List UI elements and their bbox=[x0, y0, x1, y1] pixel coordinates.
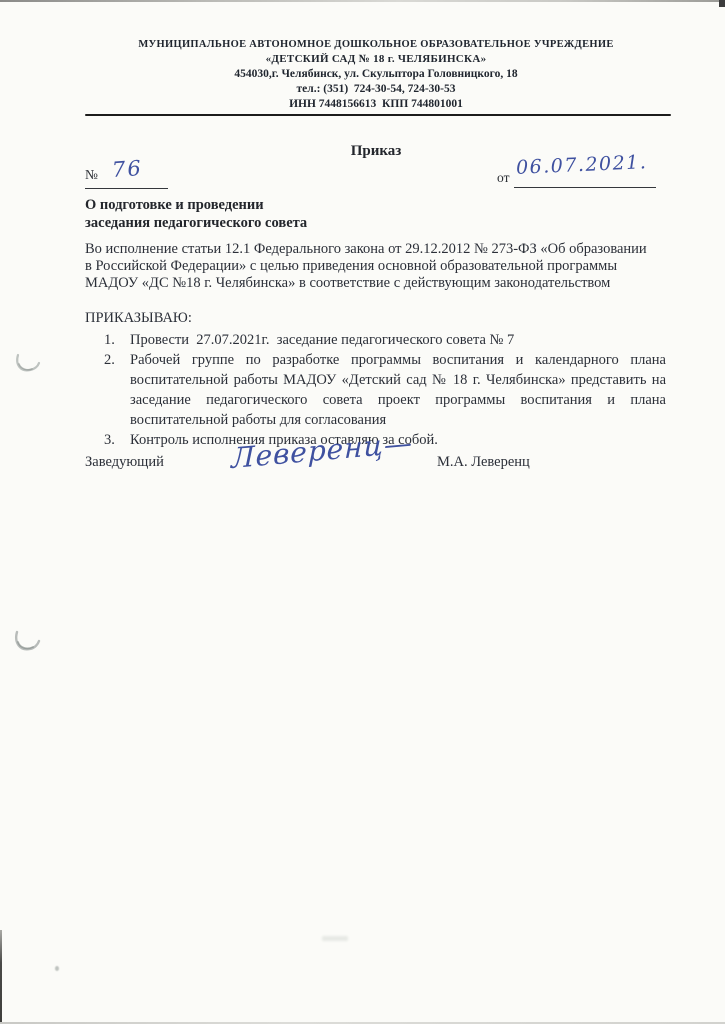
order-number-label: № bbox=[85, 167, 98, 182]
signature-position-title: Заведующий bbox=[85, 454, 164, 471]
order-subject-line-1: О подготовке и проведении bbox=[85, 197, 307, 215]
item-body: Рабочей группе по разработке программы в… bbox=[130, 350, 666, 430]
order-preamble: Во исполнение статьи 12.1 Федерального з… bbox=[85, 241, 669, 293]
scan-corner-mark bbox=[719, 0, 725, 7]
scan-smudge bbox=[322, 936, 348, 941]
punch-hole-shadow bbox=[14, 352, 42, 378]
preamble-line-3: МАДОУ «ДС №18 г. Челябинска» в соответст… bbox=[85, 275, 669, 292]
order-number-field: № 76 bbox=[85, 167, 168, 189]
item-number: 3. bbox=[104, 430, 130, 450]
item-number: 1. bbox=[104, 330, 130, 350]
scan-speck bbox=[55, 966, 59, 971]
scan-edge-top bbox=[0, 0, 725, 2]
preamble-line-2: в Российской Федерации» с целью приведен… bbox=[85, 258, 669, 275]
order-date-handwritten-value: 06.07.2021. bbox=[516, 151, 648, 179]
letterhead: МУНИЦИПАЛЬНОЕ АВТОНОМНОЕ ДОШКОЛЬНОЕ ОБРА… bbox=[85, 37, 667, 112]
order-item: 2. Рабочей группе по разработке программ… bbox=[85, 350, 666, 430]
order-date-label: от bbox=[497, 170, 509, 188]
order-subject: О подготовке и проведении заседания педа… bbox=[85, 197, 307, 232]
signature-block: Заведующий Леверенц— М.А. Леверенц bbox=[85, 452, 667, 502]
item-line: Провести 27.07.2021г. заседание педагоги… bbox=[130, 332, 514, 348]
item-body: Провести 27.07.2021г. заседание педагоги… bbox=[130, 330, 666, 350]
letterhead-phone: тел.: (351) 724-30-54, 724-30-53 bbox=[85, 82, 667, 97]
order-date-underline: 06.07.2021. bbox=[514, 166, 656, 188]
directive-label: ПРИКАЗЫВАЮ: bbox=[85, 310, 192, 327]
letterhead-divider-rule bbox=[85, 114, 671, 116]
scan-edge-left bbox=[0, 930, 2, 1024]
letterhead-organization: МУНИЦИПАЛЬНОЕ АВТОНОМНОЕ ДОШКОЛЬНОЕ ОБРА… bbox=[85, 37, 667, 52]
order-item: 1. Провести 27.07.2021г. заседание педаг… bbox=[85, 330, 666, 350]
punch-hole-shadow bbox=[12, 628, 42, 658]
item-line: заседание педагогического совета проект … bbox=[130, 390, 666, 410]
item-number: 2. bbox=[104, 350, 130, 370]
order-subject-line-2: заседания педагогического совета bbox=[85, 215, 307, 233]
signature-person-name: М.А. Леверенц bbox=[437, 454, 530, 471]
order-date-field: от 06.07.2021. bbox=[497, 167, 656, 188]
scanned-order-document: МУНИЦИПАЛЬНОЕ АВТОНОМНОЕ ДОШКОЛЬНОЕ ОБРА… bbox=[0, 0, 725, 1024]
order-number-handwritten-value: 76 bbox=[111, 156, 143, 182]
letterhead-address: 454030,г. Челябинск, ул. Скульптора Голо… bbox=[85, 67, 667, 82]
item-line: Рабочей группе по разработке программы в… bbox=[130, 350, 666, 370]
letterhead-inn-kpp: ИНН 7448156613 КПП 744801001 bbox=[85, 97, 667, 112]
letterhead-org-name: «ДЕТСКИЙ САД № 18 г. ЧЕЛЯБИНСКА» bbox=[85, 52, 667, 67]
preamble-line-1: Во исполнение статьи 12.1 Федерального з… bbox=[85, 241, 669, 258]
item-line: воспитательной работы МАДОУ «Детский сад… bbox=[130, 370, 666, 390]
